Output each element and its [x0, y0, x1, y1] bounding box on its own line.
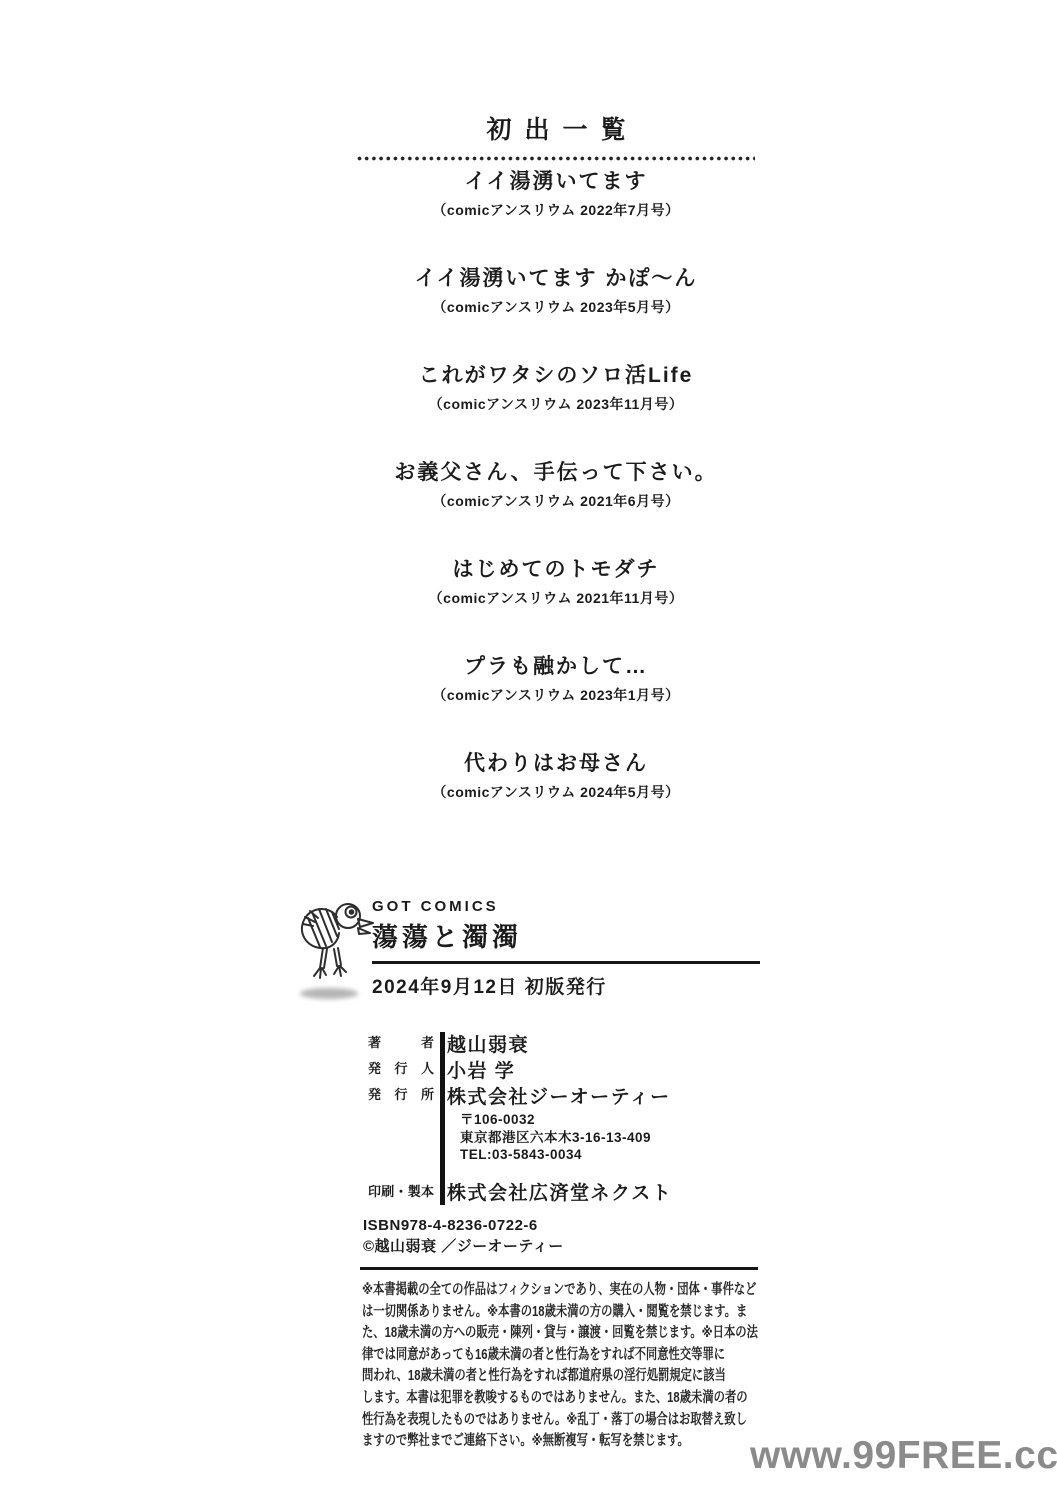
bird-logo-icon	[296, 896, 374, 984]
postal-code: 〒106-0032	[460, 1111, 760, 1129]
work-source: （comicアンスリウム 2021年11月号）	[330, 589, 782, 608]
colophon-text-block: GOT COMICS 蕩蕩と濁濁 2024年9月12日 初版発行	[372, 892, 760, 1000]
legal-disclaimer: ※本書掲載の全ての作品はフィクションであり、実在の人物・団体・事件など は一切関…	[362, 1280, 760, 1453]
work-title: はじめてのトモダチ	[330, 556, 782, 584]
site-watermark: www.99FREE.cc	[750, 1434, 1057, 1478]
list-item: 代わりはお母さん （comicアンスリウム 2024年5月号）	[330, 750, 782, 802]
colophon-masthead: GOT COMICS 蕩蕩と濁濁 2024年9月12日 初版発行	[298, 892, 760, 1000]
disclaimer-line: 性行為を表現したものではありません。※乱丁・落丁の場合はお取替え致し	[362, 1410, 672, 1432]
disclaimer-line: た、18歳未満の方への販売・陳列・貸与・譲渡・回覧を禁じます。※日本の法	[362, 1323, 672, 1345]
isbn-block: ISBN978-4-8236-0722-6 ©越山弱衰 ／ジーオーティー	[363, 1215, 564, 1257]
work-source: （comicアンスリウム 2023年11月号）	[330, 395, 782, 414]
credit-row-printer: 印刷・製本 株式会社広済堂ネクスト	[368, 1179, 760, 1205]
credit-label: 発行人	[368, 1061, 434, 1077]
credits-table: 著者 越山弱衰 発行人 小岩 学 発行所 株式会社ジーオーティー 〒106-00…	[368, 1030, 760, 1205]
section-divider	[360, 1267, 758, 1270]
work-source: （comicアンスリウム 2023年1月号）	[330, 686, 782, 705]
credit-value: 株式会社ジーオーティー	[447, 1082, 671, 1109]
work-title: プラも融かして…	[330, 653, 782, 681]
dotted-divider	[357, 156, 755, 161]
disclaimer-line: 律では同意があっても16歳未満の者と性行為をすれば不同意性交等罪に	[362, 1345, 672, 1367]
work-title: イイ湯湧いてます	[330, 168, 782, 196]
credit-value: 小岩 学	[447, 1056, 515, 1083]
credit-label: 発行所	[368, 1087, 434, 1103]
page-title: 初出一覧	[330, 116, 782, 144]
credit-label: 印刷・製本	[368, 1184, 434, 1200]
list-item: お義父さん、手伝って下さい。 （comicアンスリウム 2021年6月号）	[330, 459, 782, 511]
first-publication-list: イイ湯湧いてます （comicアンスリウム 2022年7月号） イイ湯湧いてます…	[330, 168, 782, 847]
disclaimer-line: します。本書は犯罪を教唆するものではありません。また、18歳未満の者の	[362, 1388, 672, 1410]
isbn-number: ISBN978-4-8236-0722-6	[363, 1215, 564, 1236]
credit-value: 越山弱衰	[447, 1030, 529, 1057]
publisher-logo	[296, 896, 376, 1000]
work-title: お義父さん、手伝って下さい。	[330, 459, 782, 487]
list-item: プラも融かして… （comicアンスリウム 2023年1月号）	[330, 653, 782, 705]
spacer	[368, 1164, 760, 1179]
disclaimer-line: 問われ、18歳未満の者と性行為をすれば都道府県の淫行処罰規定に該当	[362, 1366, 672, 1388]
credits-vertical-rule	[440, 1032, 445, 1205]
list-item: イイ湯湧いてます かぽ～ん （comicアンスリウム 2023年5月号）	[330, 265, 782, 317]
work-title: 代わりはお母さん	[330, 750, 782, 778]
disclaimer-line: は一切関係ありません。※本書の18歳未満の方の購入・閲覧を禁じます。ま	[362, 1302, 672, 1324]
list-item: はじめてのトモダチ （comicアンスリウム 2021年11月号）	[330, 556, 782, 608]
list-item: イイ湯湧いてます （comicアンスリウム 2022年7月号）	[330, 168, 782, 220]
credit-row-publisher-person: 発行人 小岩 学	[368, 1056, 760, 1082]
first-publication-header: 初出一覧	[330, 116, 782, 161]
work-source: （comicアンスリウム 2021年6月号）	[330, 492, 782, 511]
imprint-name: GOT COMICS	[372, 892, 760, 916]
logo-shadow	[300, 988, 358, 999]
work-source: （comicアンスリウム 2022年7月号）	[330, 201, 782, 220]
credit-label: 著者	[368, 1035, 434, 1051]
list-item: これがワタシのソロ活Life （comicアンスリウム 2023年11月号）	[330, 362, 782, 414]
work-title: イイ湯湧いてます かぽ～ん	[330, 265, 782, 293]
edition-date: 2024年9月12日 初版発行	[372, 976, 760, 1000]
work-source: （comicアンスリウム 2023年5月号）	[330, 298, 782, 317]
disclaimer-line: ※本書掲載の全ての作品はフィクションであり、実在の人物・団体・事件など	[362, 1280, 672, 1302]
work-source: （comicアンスリウム 2024年5月号）	[330, 783, 782, 802]
disclaimer-line: ますので弊社までご連絡下さい。※無断複写・転写を禁じます。	[362, 1431, 672, 1453]
phone-number: TEL:03-5843-0034	[460, 1146, 760, 1164]
copyright-notice: ©越山弱衰 ／ジーオーティー	[363, 1236, 564, 1257]
credit-row-publisher-company: 発行所 株式会社ジーオーティー	[368, 1082, 760, 1108]
book-title: 蕩蕩と濁濁	[372, 920, 760, 954]
street-address: 東京都港区六本木3-16-13-409	[460, 1129, 760, 1147]
colophon-page: 初出一覧 イイ湯湧いてます （comicアンスリウム 2022年7月号） イイ湯…	[0, 0, 1057, 1500]
title-rule	[372, 961, 760, 964]
credit-row-author: 著者 越山弱衰	[368, 1030, 760, 1056]
publisher-address: 〒106-0032 東京都港区六本木3-16-13-409 TEL:03-584…	[460, 1111, 760, 1164]
work-title: これがワタシのソロ活Life	[330, 362, 782, 390]
credit-value: 株式会社広済堂ネクスト	[447, 1178, 672, 1205]
